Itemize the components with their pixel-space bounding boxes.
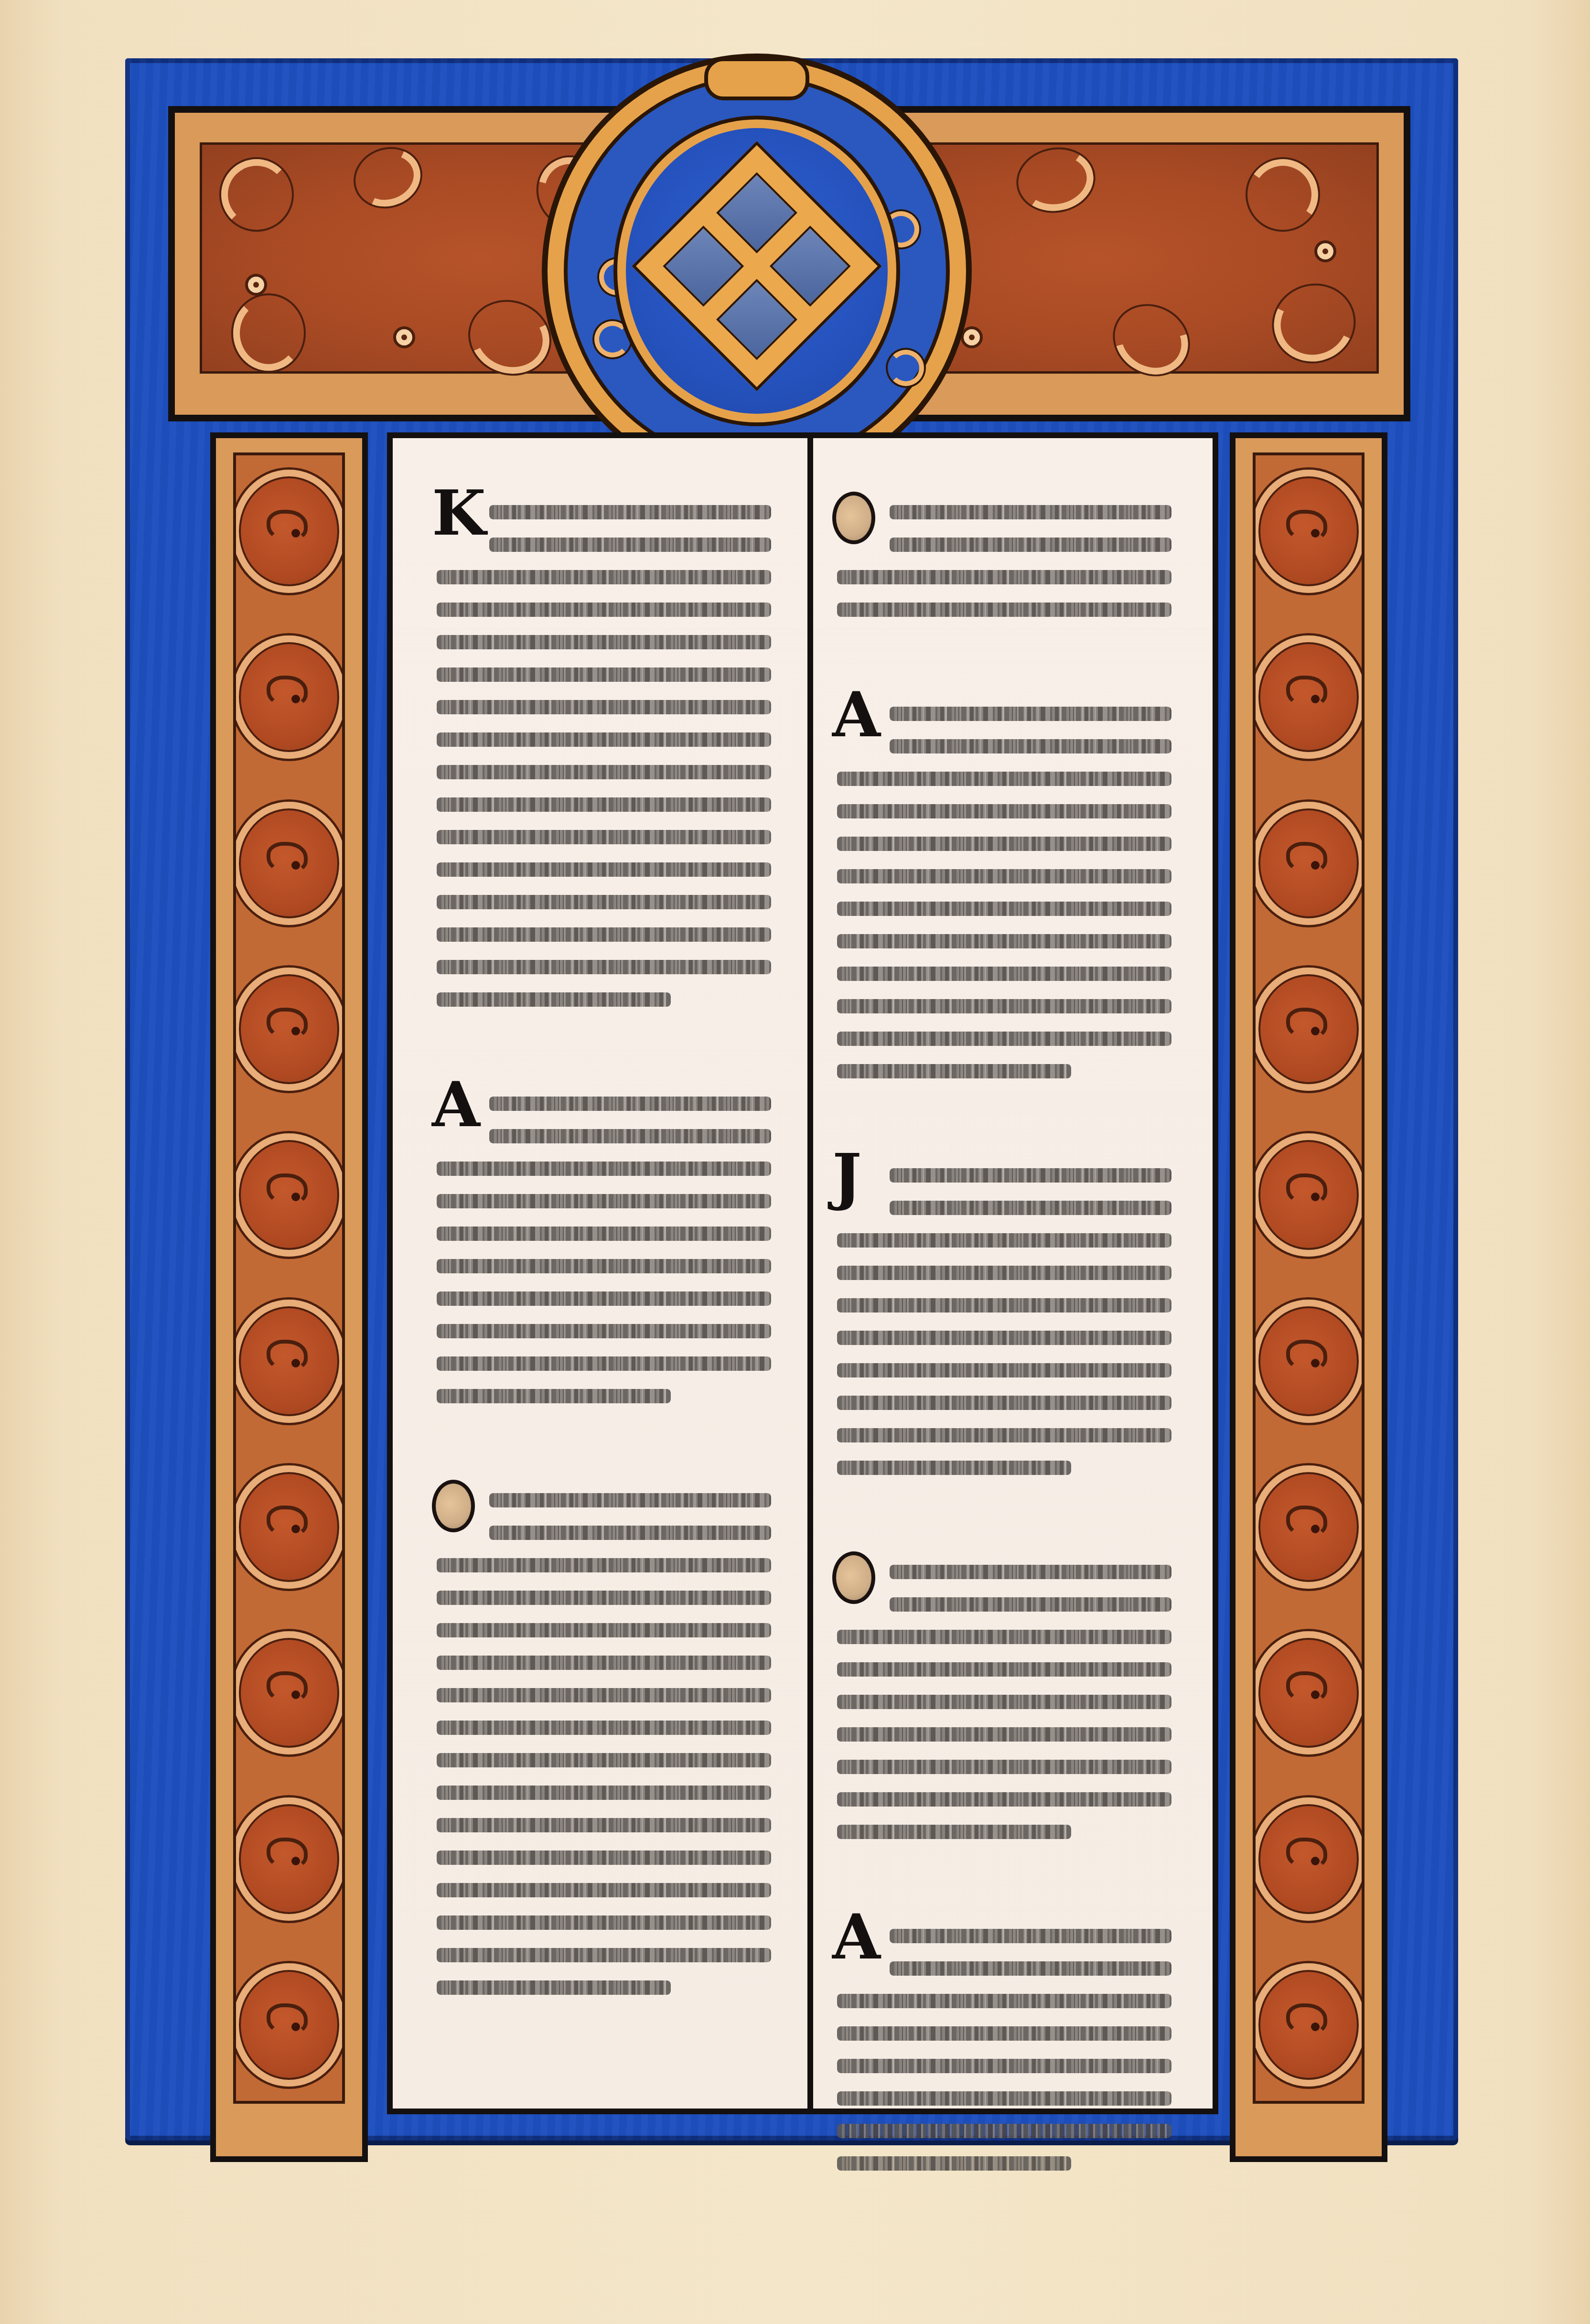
script-line	[437, 1948, 771, 1962]
script-line	[890, 1597, 1171, 1612]
vine-roundel-icon	[1253, 1300, 1364, 1423]
script-line	[437, 1259, 771, 1273]
left-vine-border	[210, 432, 368, 2162]
script-line	[837, 999, 1171, 1013]
scroll-ornament-icon	[233, 295, 304, 371]
script-line	[437, 1851, 771, 1865]
script-line	[437, 667, 771, 682]
script-line	[437, 1389, 671, 1403]
vine-roundel-icon	[233, 470, 345, 593]
script-line	[489, 538, 771, 552]
script-paragraph: J	[837, 1168, 1171, 1475]
script-line	[837, 1233, 1171, 1248]
script-line	[837, 2156, 1071, 2171]
scroll-ornament-icon	[221, 159, 292, 230]
script-line	[489, 1526, 771, 1540]
script-line	[890, 1168, 1171, 1183]
script-line	[437, 570, 771, 584]
script-line	[837, 1825, 1071, 1839]
script-line	[437, 1883, 771, 1897]
bead-ornament-icon	[245, 274, 267, 296]
text-column-right: AJA	[837, 505, 1171, 2189]
right-vine-border	[1230, 432, 1387, 2162]
script-paragraph: A	[837, 1929, 1171, 2171]
script-line	[437, 1324, 771, 1338]
script-line	[437, 700, 771, 714]
text-panel: KA AJA	[387, 432, 1218, 2114]
script-line	[890, 1565, 1171, 1579]
vine-roundel-icon	[233, 635, 345, 759]
vine-roundel-icon	[1253, 635, 1364, 759]
script-line	[437, 765, 771, 779]
script-line	[437, 1818, 771, 1832]
script-line	[837, 772, 1171, 786]
scroll-ornament-icon	[1102, 293, 1201, 388]
vine-roundel-icon	[1253, 1465, 1364, 1589]
script-line	[837, 934, 1171, 948]
script-line	[837, 1064, 1071, 1078]
script-line	[489, 1097, 771, 1111]
vine-roundel-icon	[233, 802, 345, 925]
script-line	[837, 1428, 1171, 1442]
script-line	[837, 1032, 1171, 1046]
drop-cap: K	[432, 482, 486, 544]
script-line	[437, 862, 771, 877]
script-line	[837, 1363, 1171, 1377]
diamond-cross-emblem-icon	[632, 141, 881, 391]
bead-ornament-icon	[393, 326, 415, 348]
script-line	[837, 603, 1171, 617]
scroll-ornament-icon	[1263, 274, 1364, 373]
script-line	[890, 739, 1171, 753]
script-line	[837, 1727, 1171, 1742]
drop-cap: A	[432, 1074, 480, 1136]
script-line	[489, 1493, 771, 1507]
script-line	[890, 538, 1171, 552]
script-paragraph: A	[437, 1097, 771, 1403]
script-line	[837, 1461, 1071, 1475]
script-line	[837, 1662, 1171, 1677]
script-line	[890, 1201, 1171, 1215]
scroll-ornament-icon	[1242, 153, 1323, 235]
script-line	[437, 927, 771, 942]
script-line	[437, 992, 671, 1007]
script-line	[437, 1753, 771, 1767]
script-line	[437, 1591, 771, 1605]
script-line	[437, 1786, 771, 1800]
bead-ornament-icon	[1314, 240, 1336, 262]
script-paragraph: A	[837, 707, 1171, 1078]
vine-roundel-icon	[233, 1963, 345, 2087]
drop-cap	[432, 1480, 475, 1532]
script-line	[837, 1792, 1171, 1807]
script-paragraph	[437, 1493, 771, 1995]
script-line	[437, 732, 771, 747]
scroll-ornament-icon	[1013, 143, 1098, 216]
medallion-field	[626, 128, 888, 414]
script-line	[837, 2124, 1171, 2138]
script-line	[437, 1227, 771, 1241]
script-line	[837, 1760, 1171, 1774]
vine-roundel-icon	[233, 1300, 345, 1423]
vine-roundel-icon	[233, 968, 345, 1091]
script-line	[837, 902, 1171, 916]
script-line	[437, 1162, 771, 1176]
manuscript-page: KA AJA	[0, 0, 1590, 2324]
script-paragraph: K	[437, 505, 771, 1007]
scroll-ornament-icon	[347, 140, 429, 215]
drop-cap: A	[832, 1906, 881, 1968]
vine-roundel-icon	[1253, 1133, 1364, 1257]
script-line	[837, 1266, 1171, 1280]
script-line	[437, 1656, 771, 1670]
script-line	[437, 1356, 771, 1371]
vine-roundel-icon	[1253, 1797, 1364, 1921]
script-line	[437, 960, 771, 974]
script-line	[890, 505, 1171, 519]
vine-roundel-icon	[1253, 1631, 1364, 1754]
script-line	[437, 1623, 771, 1637]
script-line	[837, 2026, 1171, 2041]
script-line	[837, 869, 1171, 883]
script-line	[437, 635, 771, 649]
script-line	[837, 1630, 1171, 1644]
script-line	[489, 1129, 771, 1143]
swirl-ornament-icon	[888, 350, 924, 386]
script-line	[437, 1558, 771, 1572]
script-line	[437, 797, 771, 812]
top-knot-ornament-icon	[704, 57, 809, 100]
vine-roundel-icon	[233, 1465, 345, 1589]
script-line	[437, 895, 771, 909]
script-line	[837, 804, 1171, 818]
drop-cap	[832, 1551, 875, 1604]
drop-cap: J	[832, 1145, 862, 1207]
script-line	[837, 1298, 1171, 1313]
script-line	[837, 1994, 1171, 2008]
column-divider	[807, 438, 813, 2109]
script-line	[489, 505, 771, 519]
vine-roundel-icon	[1253, 1963, 1364, 2087]
central-medallion	[542, 54, 972, 488]
script-line	[437, 1688, 771, 1702]
script-line	[437, 1980, 671, 1995]
script-line	[837, 1396, 1171, 1410]
drop-cap	[832, 492, 875, 544]
script-line	[837, 1331, 1171, 1345]
script-line	[437, 1915, 771, 1930]
drop-cap: A	[832, 684, 881, 746]
script-line	[890, 1961, 1171, 1976]
vine-roundel-icon	[233, 1133, 345, 1257]
text-column-left: KA	[437, 505, 771, 2013]
script-line	[837, 967, 1171, 981]
script-line	[837, 570, 1171, 584]
script-line	[437, 603, 771, 617]
script-paragraph	[837, 505, 1171, 617]
vine-roundel-icon	[233, 1797, 345, 1921]
script-line	[837, 1695, 1171, 1709]
script-paragraph	[837, 1565, 1171, 1839]
vine-roundel-icon	[1253, 470, 1364, 593]
script-line	[437, 1291, 771, 1306]
vine-roundel-icon	[1253, 802, 1364, 925]
vine-roundel-icon	[233, 1631, 345, 1754]
script-line	[837, 837, 1171, 851]
script-line	[890, 1929, 1171, 1943]
script-line	[437, 1194, 771, 1208]
script-line	[837, 2091, 1171, 2106]
script-line	[890, 707, 1171, 721]
script-line	[437, 830, 771, 844]
script-line	[837, 2059, 1171, 2073]
vine-roundel-icon	[1253, 968, 1364, 1091]
script-line	[437, 1721, 771, 1735]
